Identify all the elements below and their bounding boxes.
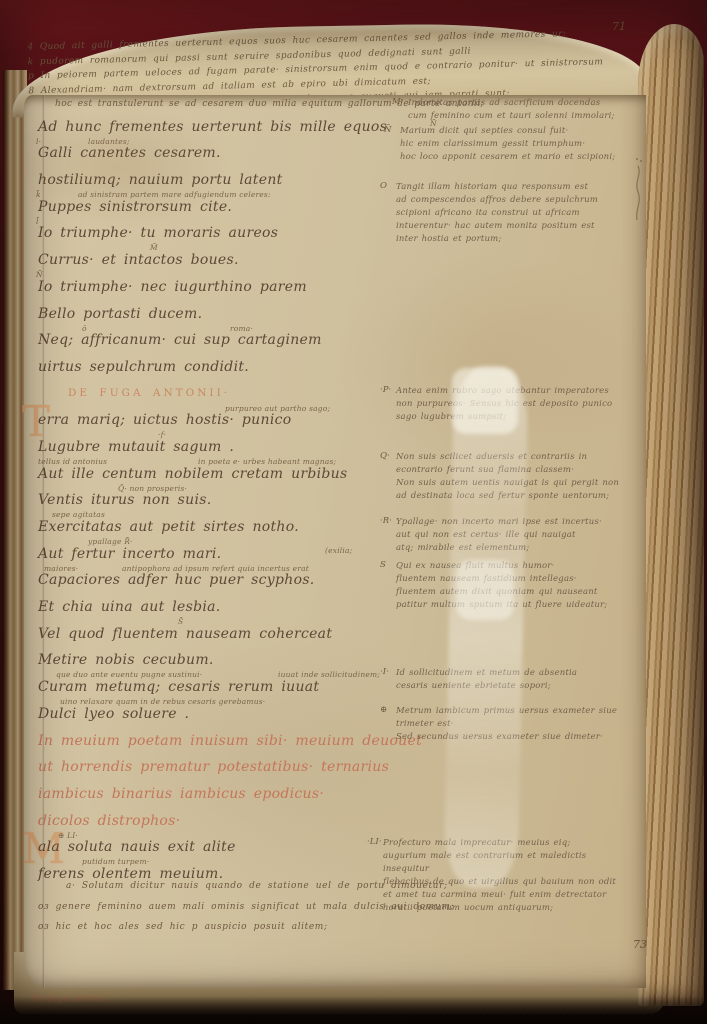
poem-line: maiores· antipophora ad ipsum refert qui…	[30, 565, 430, 592]
bottom-notes: a· Solutam dicitur nauis quando de stati…	[38, 881, 638, 943]
gloss-text: Marium dicit qui septies consul fuit· hi…	[400, 125, 650, 164]
poem-text: Io triumphe· nec iugurthino parem	[38, 279, 307, 295]
poem-text: Neq; affricanum· cui sup cartaginem	[38, 332, 322, 348]
tie-mark: (exilia;	[325, 546, 352, 555]
interlinear-gloss: N̄	[36, 270, 43, 279]
interlinear-gloss: uino relaxare quam in de rebus cesaris g…	[60, 697, 265, 706]
poem-line: uirtus sepulchrum condidit.	[30, 351, 430, 378]
interlinear-gloss: ad sinistram partem mare adfugiendum cel…	[78, 190, 271, 199]
interlinear-gloss: maiores·	[44, 564, 78, 573]
interlinear-gloss: iuuat inde sollicitudinem;	[278, 670, 380, 679]
poem-text: Capaciores adfer huc puer scyphos.	[38, 572, 315, 588]
poem-line: ō roma· Neq; affricanum· cui sup cartagi…	[30, 325, 430, 352]
poem-text: ut horrendis prematur potestatibus· tern…	[38, 759, 389, 775]
red-caption: De fuga antonii;	[32, 994, 109, 1004]
bottom-note: a· Solutam dicitur nauis quando de stati…	[66, 881, 638, 902]
glare-strip	[444, 365, 529, 888]
poem-text: Lugubre mutauit sagum .	[38, 439, 234, 455]
poem-line: T purpureo aut partho sago; erra mariq; …	[30, 405, 430, 432]
poem-text: Dulci lyeo soluere .	[38, 706, 189, 722]
poem-text: In meuium poetam inuisum sibi· meuium de…	[38, 733, 422, 749]
gloss-mark: ·LI·	[367, 837, 381, 847]
interlinear-gloss: M̄	[150, 243, 158, 252]
poem-line: Et chia uina aut lesbia.	[30, 591, 430, 618]
poem-line: S̄ Vel quod fluentem nauseam coherceat	[30, 618, 430, 645]
poem-line: DE FUGA ANTONII·	[30, 378, 430, 405]
poem-line: M̄ Currus· et intactos boues.	[30, 244, 430, 271]
manuscript-photo: 4 Quod ait galli frementes uerterunt equ…	[0, 0, 707, 1024]
poem-text: ala soluta nauis exit alite	[38, 839, 236, 855]
interlinear-gloss: purpureo aut partho sago;	[225, 404, 330, 413]
gloss-mark: Q·	[380, 451, 390, 461]
poem-line: ·f· Lugubre mutauit sagum .	[30, 431, 430, 458]
bottom-note: oɜ hic et hoc ales sed hic p auspicio po…	[38, 922, 638, 943]
interlinear-gloss: ·f·	[158, 430, 166, 439]
poem-text: Aut ille centum nobilem cretam urbibus	[38, 466, 347, 482]
margin-flourish-icon	[630, 156, 646, 222]
bottom-note: oɜ genere feminino auem mali ominis sign…	[38, 902, 638, 923]
poem-line: l· laudantes; Galli canentes cesarem.	[30, 138, 430, 165]
poem-line: iambicus binarius iambicus epodicus·	[30, 778, 430, 805]
interlinear-gloss: S̄	[178, 617, 183, 626]
poem-text: Galli canentes cesarem.	[38, 145, 221, 161]
interlinear-gloss: k̄	[36, 190, 41, 199]
marginal-gloss: N̄ Marium dicit qui septies consul fuit·…	[400, 125, 650, 164]
poem-text: Puppes sinistrorsum cite.	[38, 199, 232, 215]
glare-patch	[456, 560, 514, 620]
gloss-mark: ·I·	[380, 667, 389, 677]
gloss-mark: ·P·	[380, 385, 391, 395]
poem-line: que duo ante euentu pugne sustinui· iuua…	[30, 671, 430, 698]
poem-text: Io triumphe· tu moraris aureos	[38, 225, 278, 241]
interlinear-gloss: l̄	[36, 217, 39, 226]
marginal-gloss: M· Indomitas partas ad sacrificium docen…	[408, 97, 658, 123]
poem-line: Q̄· non prosperis· Ventis iturus non sui…	[30, 485, 430, 512]
poem-text: Currus· et intactos boues.	[38, 252, 239, 268]
folio-number-bottom: 73	[633, 938, 647, 951]
poem-line: Metire nobis cecubum.	[30, 645, 430, 672]
poem-text: Ad hunc frementes uerterunt bis mille eq…	[38, 119, 387, 135]
gloss-mark: N̄	[384, 125, 391, 135]
poem-text: erra mariq; uictus hostis· punico	[38, 412, 291, 428]
poem-line: N̄ Io triumphe· nec iugurthino parem	[30, 271, 430, 298]
poem-line: l̄ Io triumphe· tu moraris aureos	[30, 218, 430, 245]
poem-text: Exercitatas aut petit sirtes notho.	[38, 519, 299, 535]
interlinear-gloss: putidum turpem·	[82, 857, 149, 866]
poem-text: Metire nobis cecubum.	[38, 652, 214, 668]
interlinear-gloss: que duo ante euentu pugne sustinui·	[56, 670, 202, 679]
gloss-text: Indomitas partas ad sacrificium docendas…	[408, 97, 658, 123]
interlinear-gloss: ypallage R̄·	[88, 537, 133, 546]
poem-text: Bello portasti ducem.	[38, 306, 202, 322]
interlinear-gloss: sepe agitatas	[52, 510, 105, 519]
interlinear-gloss: l·	[36, 137, 41, 146]
gloss-mark: ·R·	[380, 516, 392, 526]
poem-line: In meuium poetam inuisum sibi· meuium de…	[30, 725, 430, 752]
poem-line: Bello portasti ducem.	[30, 298, 430, 325]
book-fore-edge	[638, 24, 704, 1006]
poem-text: uirtus sepulchrum condidit.	[38, 359, 249, 375]
poem-text: ferens olentem meuium.	[38, 866, 223, 882]
glare-patch	[452, 368, 518, 434]
main-page: hoc est transtulerunt se ad cesarem duo …	[24, 95, 646, 988]
poem-line: ypallage R̄· Aut fertur incerto mari. (e…	[30, 538, 430, 565]
poem-line: hostiliumq; nauium portu latent	[30, 164, 430, 191]
gloss-mark: O	[380, 181, 387, 191]
poem-line: ut horrendis prematur potestatibus· tern…	[30, 752, 430, 779]
poem-line: Ad hunc frementes uerterunt bis mille eq…	[30, 111, 430, 138]
poem-text: iambicus binarius iambicus epodicus·	[38, 786, 324, 802]
gloss-mark: M·	[392, 97, 403, 107]
poem-line: sepe agitatas Exercitatas aut petit sirt…	[30, 511, 430, 538]
faint-script-line	[42, 1008, 654, 1015]
interlinear-gloss: antipophora ad ipsum refert quia incertu…	[122, 564, 309, 573]
poem-text: Curam metumq; cesaris rerum iuuat	[38, 679, 319, 695]
gloss-mark: S	[380, 560, 386, 570]
interlinear-gloss: ⊕ LI·	[58, 831, 78, 840]
interlinear-gloss: in poeta e· urbes habeant magnas;	[198, 457, 336, 466]
poem-text: Aut fertur incerto mari.	[38, 546, 221, 562]
poem-text: hostiliumq; nauium portu latent	[38, 172, 283, 188]
poem-text: Et chia uina aut lesbia.	[38, 599, 221, 615]
folio-number-top: 71	[612, 20, 626, 33]
poem-line: uino relaxare quam in de rebus cesaris g…	[30, 698, 430, 725]
poem-text: DE FUGA ANTONII·	[68, 387, 230, 399]
gloss-text: Tangit illam historiam qua responsum est…	[396, 181, 646, 246]
poem-line: tellus id antonius in poeta e· urbes hab…	[30, 458, 430, 485]
interlinear-gloss: tellus id antonius	[38, 457, 107, 466]
interlinear-gloss: Q̄· non prosperis·	[118, 484, 187, 493]
poem-text: Vel quod fluentem nauseam coherceat	[38, 626, 332, 642]
gloss-mark: ⊕	[380, 705, 387, 715]
marginal-gloss: O Tangit illam historiam qua responsum e…	[396, 181, 646, 246]
interlinear-gloss: roma·	[230, 324, 253, 333]
poem-line: k̄ ad sinistram partem mare adfugiendum …	[30, 191, 430, 218]
interlinear-gloss: ō	[82, 324, 87, 333]
poem-column: Ad hunc frementes uerterunt bis mille eq…	[30, 111, 430, 885]
poem-line: dicolos distrophos·	[30, 805, 430, 832]
poem-text: Ventis iturus non suis.	[38, 492, 211, 508]
interlinear-gloss: laudantes;	[88, 137, 130, 146]
